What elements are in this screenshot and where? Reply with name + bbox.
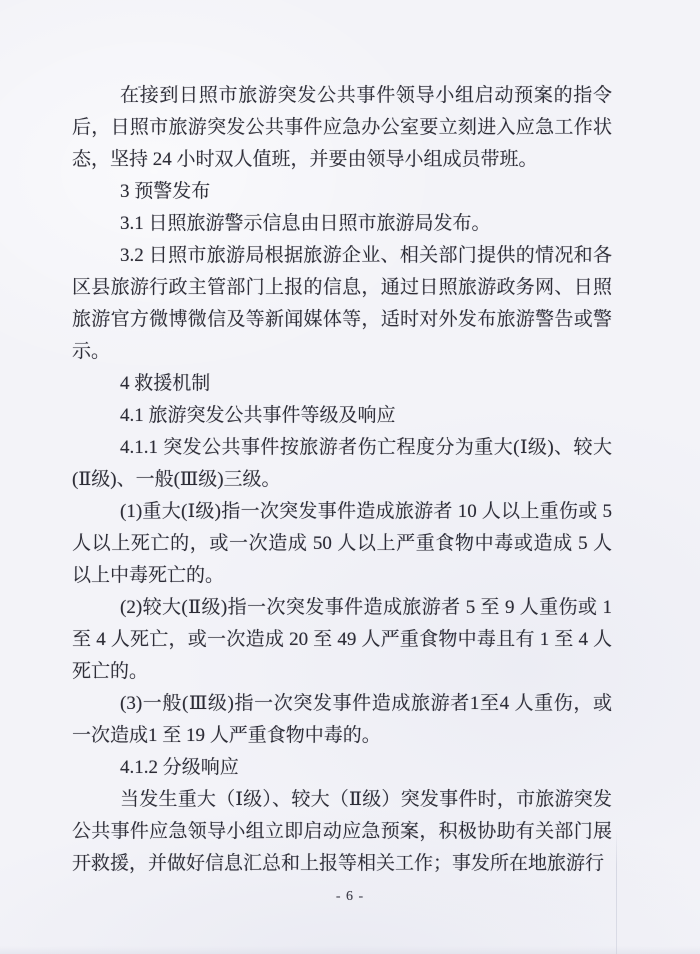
- scan-line-artifact: [616, 828, 617, 954]
- scan-edge-shadow: [0, 946, 700, 954]
- heading-4-1-event-levels: 4.1 旅游突发公共事件等级及响应: [72, 400, 612, 432]
- paragraph-graded-response-body: 当发生重大（Ⅰ级）、较大（Ⅱ级）突发事件时，市旅游突发公共事件应急领导小组立即启…: [72, 784, 612, 880]
- heading-section-3-warning-release: 3 预警发布: [72, 176, 612, 208]
- paragraph-3-1: 3.1 日照旅游警示信息由日照市旅游局发布。: [72, 208, 612, 240]
- paragraph-level-2-larger: (2)较大(Ⅱ级)指一次突发事件造成旅游者 5 至 9 人重伤或 1 至 4 人…: [72, 592, 612, 688]
- scan-speck-artifact: [138, 86, 141, 88]
- paragraph-level-1-major: (1)重大(Ⅰ级)指一次突发事件造成旅游者 10 人以上重伤或 5 人以上死亡的…: [72, 496, 612, 592]
- page-number: - 6 -: [0, 889, 700, 905]
- heading-section-4-rescue-mechanism: 4 救援机制: [72, 368, 612, 400]
- paragraph-4-1-1: 4.1.1 突发公共事件按旅游者伤亡程度分为重大(Ⅰ级)、较大(Ⅱ级)、一般(Ⅲ…: [72, 432, 612, 496]
- scanned-document-page: 在接到日照市旅游突发公共事件领导小组启动预案的指令后，日照市旅游突发公共事件应急…: [0, 0, 700, 954]
- paragraph-emergency-office-duty: 在接到日照市旅游突发公共事件领导小组启动预案的指令后，日照市旅游突发公共事件应急…: [72, 80, 612, 176]
- paragraph-level-3-general: (3)一般(Ⅲ级)指一次突发事件造成旅游者1至4 人重伤，或一次造成1 至 19…: [72, 688, 612, 752]
- paragraph-3-2: 3.2 日照市旅游局根据旅游企业、相关部门提供的情况和各区县旅游行政主管部门上报…: [72, 240, 612, 368]
- heading-4-1-2-graded-response: 4.1.2 分级响应: [72, 752, 612, 784]
- document-body: 在接到日照市旅游突发公共事件领导小组启动预案的指令后，日照市旅游突发公共事件应急…: [72, 80, 612, 880]
